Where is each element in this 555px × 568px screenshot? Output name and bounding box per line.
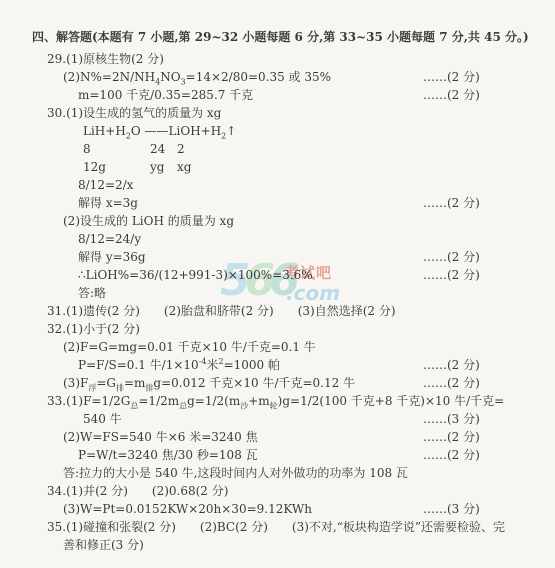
answer-lines: 29.(1)原核生物(2 分)(2)N%=2N/NH4NO3=14×2/80=0… <box>0 50 555 554</box>
answer-text: LiH+H2O ——LiOH+H2↑ <box>83 124 236 138</box>
answer-text: 答:拉力的大小是 540 牛,这段时间内人对外做功的功率为 108 瓦 <box>63 466 408 480</box>
answer-line: LiH+H2O ——LiOH+H2↑ <box>0 122 555 140</box>
answer-line: 31.(1)遗传(2 分) (2)胎盘和脐带(2 分) (3)自然选择(2 分) <box>0 302 555 320</box>
answer-text: 8/12=2/x <box>78 178 133 192</box>
answer-line: 8/12=2/x <box>0 176 555 194</box>
answer-line: 12gygxg <box>0 158 555 176</box>
score-marker: ……(2 分) <box>423 428 480 446</box>
answer-line: m=100 千克/0.35=285.7 千克……(2 分) <box>0 86 555 104</box>
answer-line: (2)N%=2N/NH4NO3=14×2/80=0.35 或 35%……(2 分… <box>0 68 555 86</box>
answer-text: 34.(1)并(2 分) (2)0.68(2 分) <box>47 484 228 498</box>
stoichiometry-value: yg <box>150 158 177 176</box>
stoichiometry-value: xg <box>177 158 191 176</box>
answer-key-content: 四、解答题(本题有 7 小题,第 29~32 小题每题 6 分,第 33~35 … <box>0 28 555 554</box>
score-marker: ……(2 分) <box>423 356 480 374</box>
answer-line: 540 牛……(3 分) <box>0 410 555 428</box>
answer-text: (3)W=Pt=0.0152KW×20h×30=9.12KWh <box>63 502 312 516</box>
answer-text: (3)F浮=G排=m排g=0.012 千克×10 牛/千克=0.12 牛 <box>63 376 355 390</box>
answer-text: 32.(1)小于(2 分) <box>47 322 140 336</box>
answer-text: 31.(1)遗传(2 分) (2)胎盘和脐带(2 分) (3)自然选择(2 分) <box>47 304 396 318</box>
answer-text: 善和修正(3 分) <box>63 538 144 552</box>
stoichiometry-value: 2 <box>177 140 185 158</box>
answer-text: 30.(1)设生成的氢气的质量为 xg <box>47 106 221 120</box>
answer-line: ∴LiOH%=36/(12+991-3)×100%=3.6%……(2 分) <box>0 266 555 284</box>
answer-text: m=100 千克/0.35=285.7 千克 <box>78 88 253 102</box>
answer-text: 540 牛 <box>83 412 122 426</box>
answer-line: P=W/t=3240 焦/30 秒=108 瓦……(2 分) <box>0 446 555 464</box>
answer-text: 答:略 <box>78 286 106 300</box>
answer-line: 8/12=24/y <box>0 230 555 248</box>
score-marker: ……(2 分) <box>423 68 480 86</box>
stoichiometry-value: 24 <box>150 140 177 158</box>
answer-line: 29.(1)原核生物(2 分) <box>0 50 555 68</box>
answer-text: 35.(1)碰撞和张裂(2 分) (2)BC(2 分) (3)不对,“板块构造学… <box>47 520 505 534</box>
answer-line: (2)设生成的 LiOH 的质量为 xg <box>0 212 555 230</box>
score-marker: ……(3 分) <box>423 410 480 428</box>
answer-line: 答:略 <box>0 284 555 302</box>
answer-text: ∴LiOH%=36/(12+991-3)×100%=3.6% <box>78 268 313 282</box>
answer-text: 33.(1)F=1/2G总=1/2m总g=1/2(m沙+m轮)g=1/2(100… <box>47 394 504 408</box>
answer-line: (2)F=G=mg=0.01 千克×10 牛/千克=0.1 牛 <box>0 338 555 356</box>
answer-text: (2)F=G=mg=0.01 千克×10 牛/千克=0.1 牛 <box>63 340 316 354</box>
answer-text: P=F/S=0.1 牛/1×10-4米2=1000 帕 <box>78 358 280 372</box>
score-marker: ……(2 分) <box>423 266 480 284</box>
answer-text: 解得 x=3g <box>78 196 138 210</box>
answer-text: (2)N%=2N/NH4NO3=14×2/80=0.35 或 35% <box>63 70 331 84</box>
answer-line: (2)W=FS=540 牛×6 米=3240 焦……(2 分) <box>0 428 555 446</box>
answer-text: (2)设生成的 LiOH 的质量为 xg <box>63 214 234 228</box>
answer-text: 8/12=24/y <box>78 232 141 246</box>
scanned-answer-sheet: 566 考试吧 .com 四、解答题(本题有 7 小题,第 29~32 小题每题… <box>0 0 555 568</box>
answer-line: 32.(1)小于(2 分) <box>0 320 555 338</box>
answer-line: 33.(1)F=1/2G总=1/2m总g=1/2(m沙+m轮)g=1/2(100… <box>0 392 555 410</box>
score-marker: ……(2 分) <box>423 374 480 392</box>
answer-line: 34.(1)并(2 分) (2)0.68(2 分) <box>0 482 555 500</box>
answer-text: (2)W=FS=540 牛×6 米=3240 焦 <box>63 430 258 444</box>
score-marker: ……(2 分) <box>423 86 480 104</box>
answer-line: 善和修正(3 分) <box>0 536 555 554</box>
answer-text: 29.(1)原核生物(2 分) <box>47 52 164 66</box>
answer-text: 解得 y=36g <box>78 250 146 264</box>
answer-line: 解得 x=3g……(2 分) <box>0 194 555 212</box>
stoichiometry-value: 8 <box>83 140 150 158</box>
answer-line: 8242 <box>0 140 555 158</box>
score-marker: ……(2 分) <box>423 446 480 464</box>
score-marker: ……(2 分) <box>423 248 480 266</box>
answer-line: (3)W=Pt=0.0152KW×20h×30=9.12KWh……(3 分) <box>0 500 555 518</box>
answer-line: 解得 y=36g……(2 分) <box>0 248 555 266</box>
answer-text: P=W/t=3240 焦/30 秒=108 瓦 <box>78 448 258 462</box>
answer-line: 答:拉力的大小是 540 牛,这段时间内人对外做功的功率为 108 瓦 <box>0 464 555 482</box>
answer-line: 30.(1)设生成的氢气的质量为 xg <box>0 104 555 122</box>
stoichiometry-value: 12g <box>83 158 150 176</box>
score-marker: ……(3 分) <box>423 500 480 518</box>
answer-line: P=F/S=0.1 牛/1×10-4米2=1000 帕……(2 分) <box>0 356 555 374</box>
answer-line: (3)F浮=G排=m排g=0.012 千克×10 牛/千克=0.12 牛……(2… <box>0 374 555 392</box>
score-marker: ……(2 分) <box>423 194 480 212</box>
answer-line: 35.(1)碰撞和张裂(2 分) (2)BC(2 分) (3)不对,“板块构造学… <box>0 518 555 536</box>
section-title: 四、解答题(本题有 7 小题,第 29~32 小题每题 6 分,第 33~35 … <box>0 28 555 46</box>
